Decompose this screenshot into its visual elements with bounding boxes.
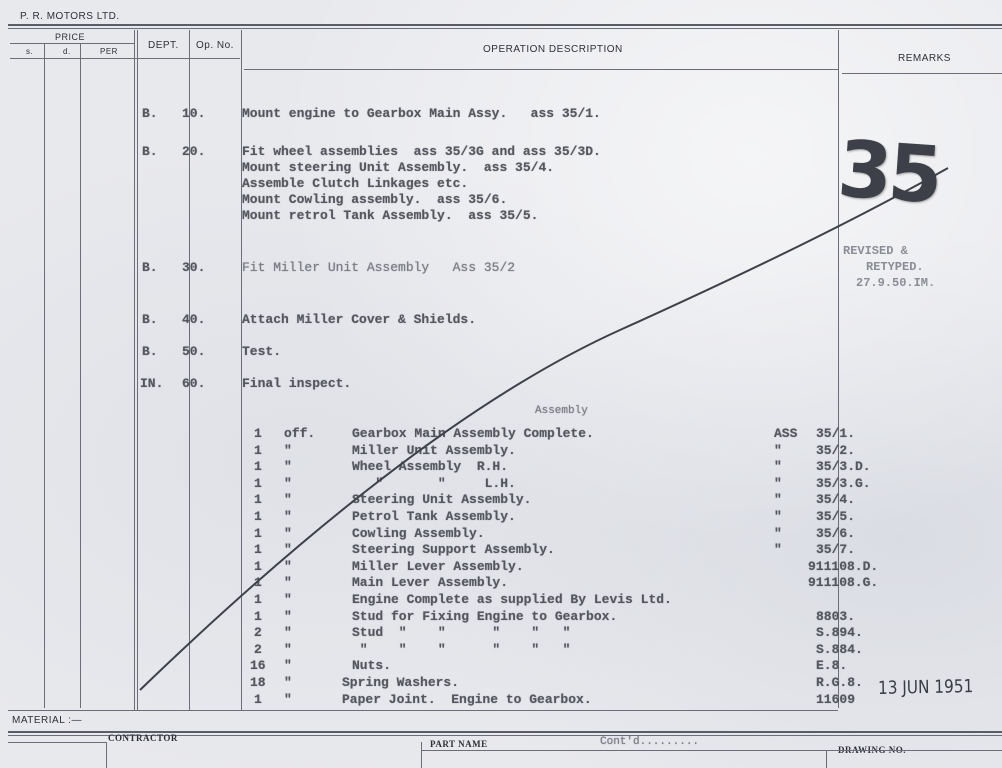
- footer-sub-rule-2: [421, 750, 1002, 751]
- operation-sheet: P. R. MOTORS LTD. PRICE s. d. PER DEPT. …: [0, 0, 1002, 768]
- material-top-rule: [8, 710, 838, 711]
- footer-col-2: [421, 742, 422, 768]
- diagonal-strike-line: [0, 0, 1002, 768]
- material-label: MATERIAL :—: [12, 715, 82, 726]
- continued-note: Cont'd.........: [600, 736, 699, 748]
- footer-sub-rule: [8, 742, 106, 743]
- contractor-label: CONTRACTOR: [108, 733, 178, 743]
- footer-col-3: [826, 750, 827, 768]
- part-name-label: PART NAME: [430, 739, 488, 749]
- footer-col-1: [106, 742, 107, 768]
